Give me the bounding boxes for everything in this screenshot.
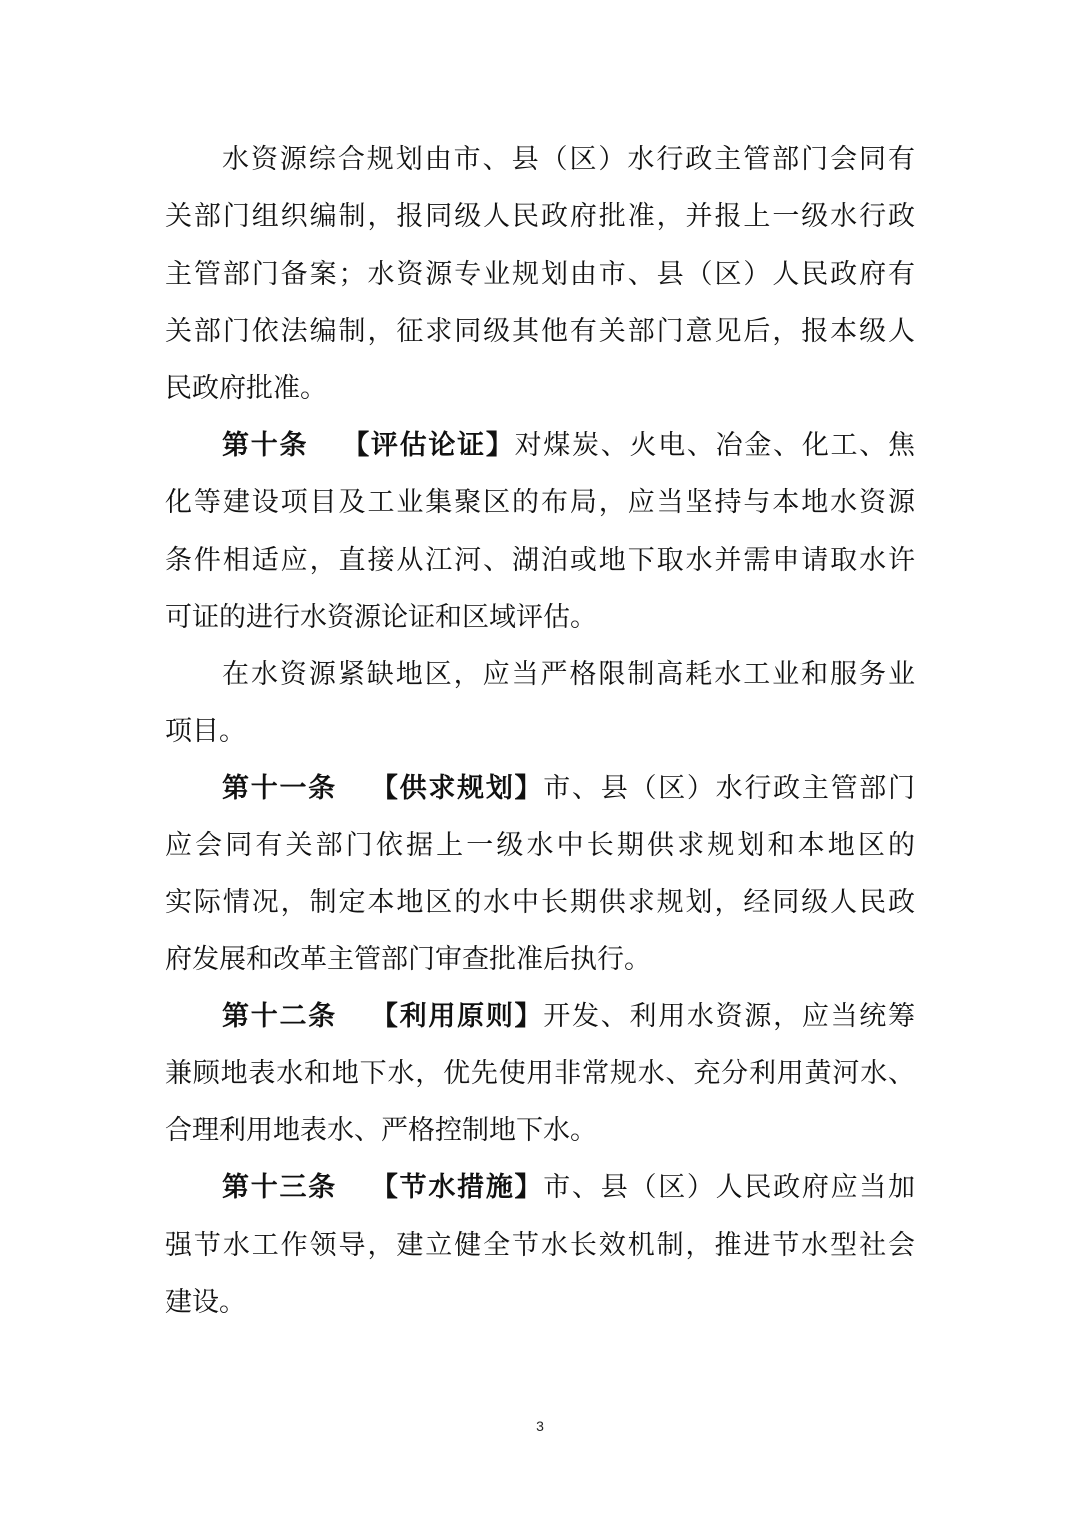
article-number: 第十二条 bbox=[222, 1001, 337, 1032]
article-title: 【利用原则】 bbox=[371, 1001, 543, 1032]
page-number: 3 bbox=[0, 1418, 1080, 1434]
article-title: 【评估论证】 bbox=[342, 430, 514, 461]
article-10-heading-line: 第十条【评估论证】对煤炭、火电、冶金、化工、焦 bbox=[222, 426, 915, 466]
text-line: 应会同有关部门依据上一级水中长期供求规划和本地区的 bbox=[165, 826, 915, 866]
article-number: 第十一条 bbox=[222, 773, 337, 804]
text-line: 可证的进行水资源论证和区域评估。 bbox=[165, 598, 915, 638]
text-line: 化等建设项目及工业集聚区的布局，应当坚持与本地水资源 bbox=[165, 483, 915, 523]
article-13-heading-line: 第十三条【节水措施】市、县（区）人民政府应当加 bbox=[222, 1168, 915, 1208]
text-line: 在水资源紧缺地区，应当严格限制高耗水工业和服务业 bbox=[222, 655, 915, 695]
article-text: 对煤炭、火电、冶金、化工、焦 bbox=[515, 430, 915, 461]
article-number: 第十三条 bbox=[222, 1172, 337, 1203]
article-text: 市、县（区）水行政主管部门 bbox=[543, 773, 915, 804]
article-text: 开发、利用水资源，应当统筹 bbox=[543, 1001, 915, 1032]
document-page: 水资源综合规划由市、县（区）水行政主管部门会同有 关部门组织编制，报同级人民政府… bbox=[0, 0, 1080, 1527]
text-line: 府发展和改革主管部门审查批准后执行。 bbox=[165, 940, 915, 980]
text-line: 项目。 bbox=[165, 712, 915, 752]
text-line: 水资源综合规划由市、县（区）水行政主管部门会同有 bbox=[222, 140, 915, 180]
article-number: 第十条 bbox=[222, 430, 308, 461]
text-line: 建设。 bbox=[165, 1283, 915, 1323]
article-12-heading-line: 第十二条【利用原则】开发、利用水资源，应当统筹 bbox=[222, 997, 915, 1037]
article-text: 市、县（区）人民政府应当加 bbox=[543, 1172, 915, 1203]
text-line: 主管部门备案；水资源专业规划由市、县（区）人民政府有 bbox=[165, 255, 915, 295]
text-line: 关部门依法编制，征求同级其他有关部门意见后，报本级人 bbox=[165, 312, 915, 352]
text-line: 合理利用地表水、严格控制地下水。 bbox=[165, 1111, 915, 1151]
text-line: 关部门组织编制，报同级人民政府批准，并报上一级水行政 bbox=[165, 197, 915, 237]
text-line: 兼顾地表水和地下水，优先使用非常规水、充分利用黄河水、 bbox=[165, 1054, 915, 1094]
text-line: 实际情况，制定本地区的水中长期供求规划，经同级人民政 bbox=[165, 883, 915, 923]
article-title: 【供求规划】 bbox=[371, 773, 543, 804]
text-line: 强节水工作领导，建立健全节水长效机制，推进节水型社会 bbox=[165, 1226, 915, 1266]
article-title: 【节水措施】 bbox=[371, 1172, 543, 1203]
text-line: 民政府批准。 bbox=[165, 369, 915, 409]
text-line: 条件相适应，直接从江河、湖泊或地下取水并需申请取水许 bbox=[165, 541, 915, 581]
article-11-heading-line: 第十一条【供求规划】市、县（区）水行政主管部门 bbox=[222, 769, 915, 809]
